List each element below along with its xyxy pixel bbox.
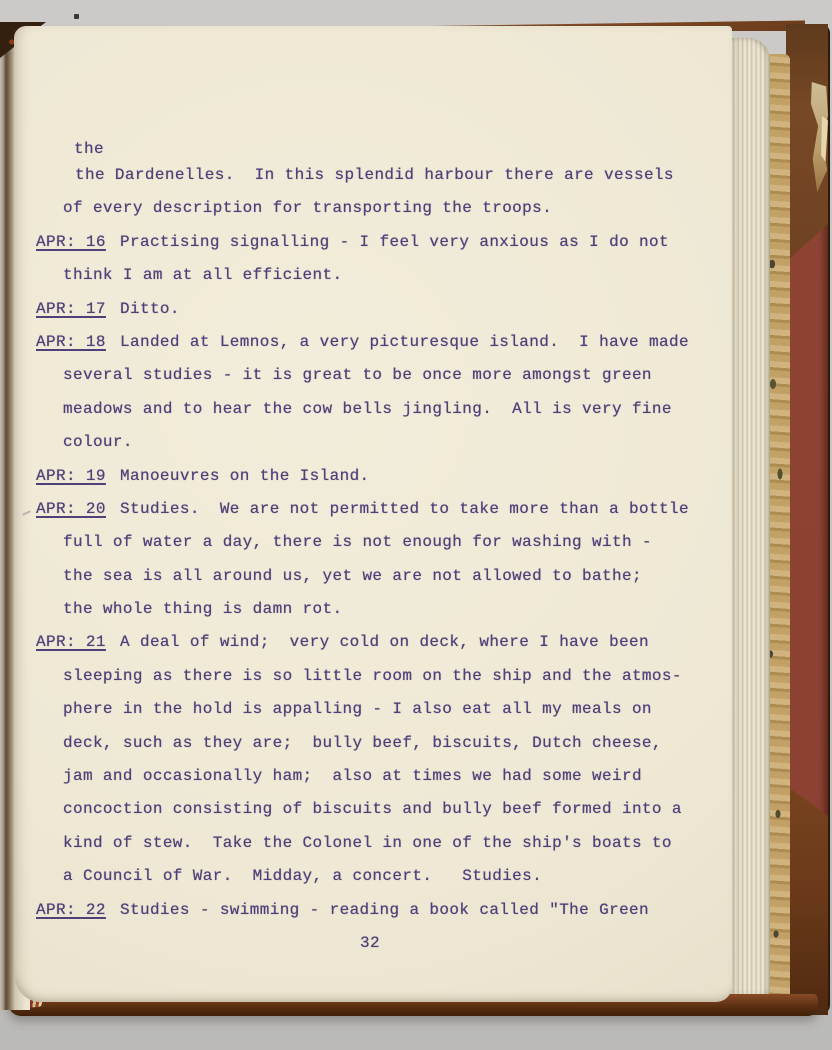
entry-text: Manoeuvres on the Island.: [120, 467, 370, 485]
diary-line: colour.: [36, 426, 708, 459]
diary-line: full of water a day, there is not enough…: [36, 526, 708, 559]
entry-date: APR: 17: [36, 293, 106, 326]
diary-line: APR: 18Landed at Lemnos, a very pictures…: [36, 326, 708, 359]
entry-text: a Council of War. Midday, a concert. Stu…: [63, 867, 542, 885]
entry-text: jam and occasionally ham; also at times …: [63, 767, 642, 785]
diary-line: the sea is all around us, yet we are not…: [36, 560, 708, 593]
diary-line: APR: 19Manoeuvres on the Island.: [36, 460, 708, 493]
diary-line: deck, such as they are; bully beef, bisc…: [36, 727, 708, 760]
entry-text: the whole thing is damn rot.: [63, 600, 342, 618]
pencil-mark: [22, 510, 31, 516]
diary-line: several studies - it is great to be once…: [36, 359, 708, 392]
entry-text: kind of stew. Take the Colonel in one of…: [63, 834, 672, 852]
entry-date: APR: 18: [36, 326, 106, 359]
diary-line: a Council of War. Midday, a concert. Stu…: [36, 860, 708, 893]
entry-text: the sea is all around us, yet we are not…: [63, 567, 642, 585]
entry-text: sleeping as there is so little room on t…: [63, 667, 682, 685]
dust-speck: [74, 14, 79, 19]
diary-line: APR: 22Studies - swimming - reading a bo…: [36, 894, 708, 927]
entry-text: full of water a day, there is not enough…: [63, 533, 652, 551]
typed-correction: the: [74, 140, 104, 158]
diary-line: APR: 16Practising signalling - I feel ve…: [36, 226, 708, 259]
diary-line: APR: 21A deal of wind; very cold on deck…: [36, 626, 708, 659]
entry-text: concoction consisting of biscuits and bu…: [63, 800, 682, 818]
entry-text: colour.: [63, 433, 133, 451]
diary-line: jam and occasionally ham; also at times …: [36, 760, 708, 793]
diary-line: the whole thing is damn rot.: [36, 593, 708, 626]
entry-date: APR: 20: [36, 493, 106, 526]
diary-line: APR: 17Ditto.: [36, 293, 708, 326]
entry-text: A deal of wind; very cold on deck, where…: [120, 633, 649, 651]
diary-line: APR: 20Studies. We are not permitted to …: [36, 493, 708, 526]
entry-date: APR: 19: [36, 460, 106, 493]
entry-text: think I am at all efficient.: [63, 266, 342, 284]
book-cover-right-edge: [786, 24, 830, 1015]
entry-text: meadows and to hear the cow bells jingli…: [63, 400, 672, 418]
entry-text: several studies - it is great to be once…: [63, 366, 652, 384]
page-fore-edge: [726, 38, 770, 1000]
diary-line: concoction consisting of biscuits and bu…: [36, 793, 708, 826]
entry-text: Practising signalling - I feel very anxi…: [120, 233, 669, 251]
diary-line: sleeping as there is so little room on t…: [36, 660, 708, 693]
diary-page: the the Dardenelles. In this splendid ha…: [14, 26, 732, 1002]
entry-text: Studies. We are not permitted to take mo…: [120, 500, 689, 518]
entry-text: deck, such as they are; bully beef, bisc…: [63, 734, 662, 752]
entry-date: APR: 21: [36, 626, 106, 659]
diary-line: kind of stew. Take the Colonel in one of…: [36, 827, 708, 860]
entry-text: Landed at Lemnos, a very picturesque isl…: [120, 333, 689, 351]
typed-text-block: the Dardenelles. In this splendid harbou…: [36, 159, 708, 927]
diary-line: think I am at all efficient.: [36, 259, 708, 292]
page-number: 32: [360, 934, 380, 952]
diary-line: phere in the hold is appalling - I also …: [36, 693, 708, 726]
diary-line: the Dardenelles. In this splendid harbou…: [36, 159, 708, 192]
entry-date: APR: 16: [36, 226, 106, 259]
entry-date: APR: 22: [36, 894, 106, 927]
entry-text: of every description for transporting th…: [63, 199, 552, 217]
diary-line: meadows and to hear the cow bells jingli…: [36, 393, 708, 426]
entry-text: Ditto.: [120, 300, 180, 318]
entry-text: Studies - swimming - reading a book call…: [120, 901, 649, 919]
entry-text: phere in the hold is appalling - I also …: [63, 700, 652, 718]
entry-text: the Dardenelles. In this splendid harbou…: [75, 166, 674, 184]
leather-brown-bottom: [786, 760, 828, 1015]
diary-line: of every description for transporting th…: [36, 192, 708, 225]
